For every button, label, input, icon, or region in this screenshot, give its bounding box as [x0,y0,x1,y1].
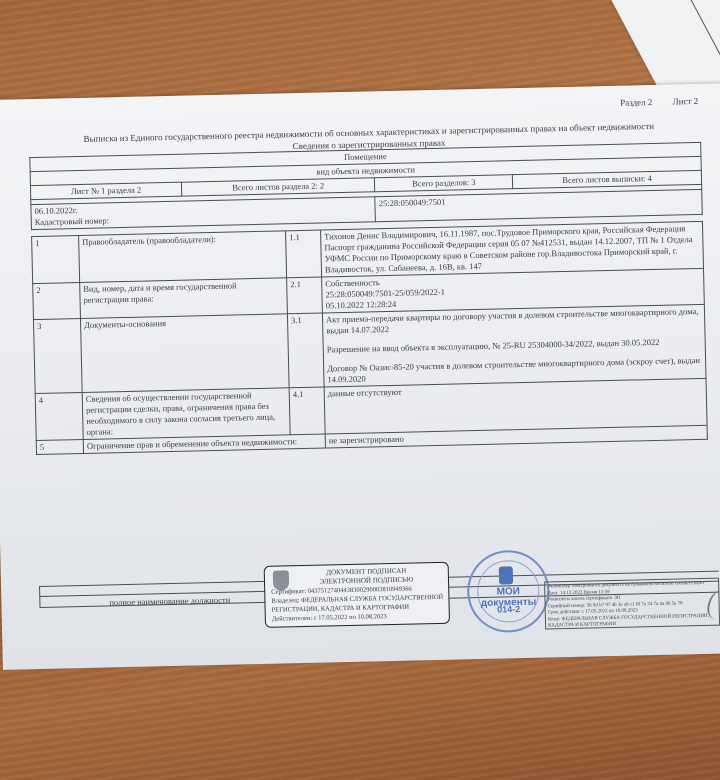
back-sheet-text: Лист № 2 раздела 2 [712,0,720,30]
extract-document-page: Раздел 2 Лист 2 Выписка из Единого госуд… [0,83,720,670]
stamp-code: 014-2 [470,603,548,615]
row-value-line: Тихонов Денис Владимирович, 16.11.1987, … [324,223,700,275]
row-subnumber: 3.1 [287,313,324,388]
row-value-line: Разрешение на ввод объекта в эксплуатаци… [327,336,702,356]
row-number: 2 [33,283,81,320]
row-label: Документы-основания [80,314,289,393]
copy-certification-box: Экземпляр электронного документа на бума… [544,578,720,630]
section-label: Раздел 2 [620,97,652,108]
row-number: 4 [35,392,83,440]
electronic-signature-badge: ДОКУМЕНТ ПОДПИСАН ЭЛЕКТРОННОЙ ПОДПИСЬЮ С… [264,562,450,628]
meta-table: Помещение вид объекта недвижимости Лист … [29,142,702,230]
row-label: Правообладатель (правообладатели): [79,231,287,283]
mfc-stamp: МОИ документы 014-2 [466,549,550,633]
sheet-label: Лист 2 [672,96,698,107]
row-label: Вид, номер, дата и время государственной… [80,278,288,319]
row-subnumber: 1.1 [286,230,322,278]
row-number: 1 [32,236,80,284]
position-caption: полное наименование должности [109,595,230,608]
row-label: Сведения об осуществлении государственно… [82,388,290,440]
row-subnumber: 2.1 [287,277,323,314]
row-number: 5 [36,439,83,454]
page-header: Раздел 2 Лист 2 [28,96,708,121]
coat-of-arms-icon [273,570,289,590]
signature-area: полное наименование должности ДОКУМЕНТ П… [39,556,720,651]
row-subnumber: 4.1 [289,387,325,435]
rights-table: 1Правообладатель (правообладатели):1.1Ти… [31,221,708,455]
row-value: Акт приема-передачи квартиры по договору… [322,304,706,387]
row-number: 3 [33,319,82,394]
mfc-logo-icon [499,566,513,584]
